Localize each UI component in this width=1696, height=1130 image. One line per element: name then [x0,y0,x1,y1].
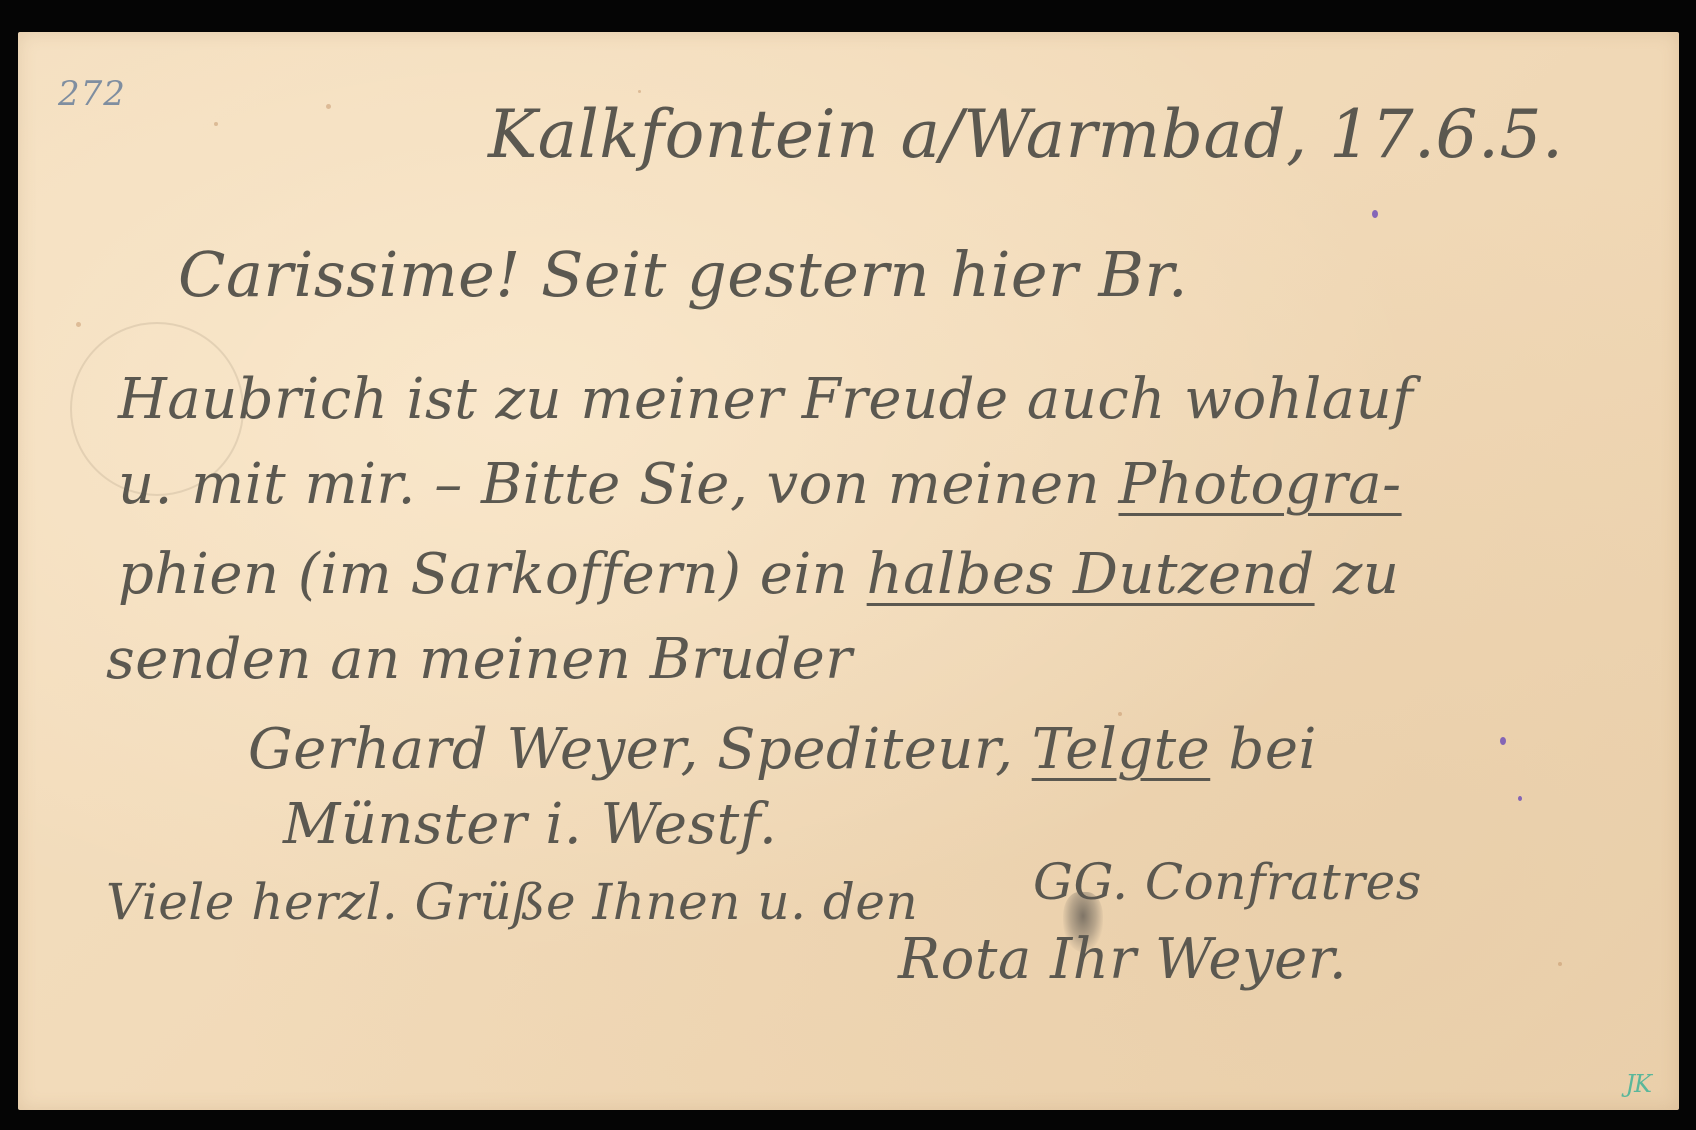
address-line-city: Münster i. Westf. [283,797,777,853]
paper-speck [1118,712,1122,716]
catalog-number: 272 [58,74,126,114]
paper-speck [214,122,218,126]
line-text: phien (im Sarkoffern) ein [118,542,867,607]
paper-speck [638,90,641,93]
line-text: bei [1210,717,1317,782]
line-text: zu [1315,542,1400,607]
violet-ink-dot [1500,737,1506,745]
violet-ink-dot [1372,210,1378,218]
letter-line-3: u. mit mir. – Bitte Sie, von meinen Phot… [118,457,1402,513]
paper-speck [1558,962,1562,966]
scan-background: 272 Kalkfontein a/Warmbad, 17.6.5. Caris… [0,0,1696,1130]
letter-line-1: Carissime! Seit gestern hier Br. [178,244,1188,306]
postcard: 272 Kalkfontein a/Warmbad, 17.6.5. Caris… [18,32,1679,1110]
place-date-heading: Kalkfontein a/Warmbad, 17.6.5. [488,102,1563,168]
violet-ink-dot [1518,796,1522,801]
paper-speck [326,104,331,109]
letter-line-4: phien (im Sarkoffern) ein halbes Dutzend… [118,547,1399,603]
underlined-word: Photogra- [1119,452,1402,517]
closing-greeting-left: Viele herzl. Grüße Ihnen u. den [106,877,918,927]
address-line-name: Gerhard Weyer, Spediteur, Telgte bei [248,722,1317,778]
underlined-word: halbes Dutzend [867,542,1315,607]
letter-line-2: Haubrich ist zu meiner Freude auch wohla… [118,372,1413,428]
paper-speck [76,322,81,327]
line-text: Gerhard Weyer, Spediteur, [248,717,1032,782]
line-text: u. mit mir. – Bitte Sie, von meinen [118,452,1119,517]
underlined-word: Telgte [1032,717,1211,782]
letter-line-5: senden an meinen Bruder [106,632,853,688]
green-stamp-mark: JK [1625,1070,1651,1098]
signature: Rota Ihr Weyer. [898,932,1347,988]
